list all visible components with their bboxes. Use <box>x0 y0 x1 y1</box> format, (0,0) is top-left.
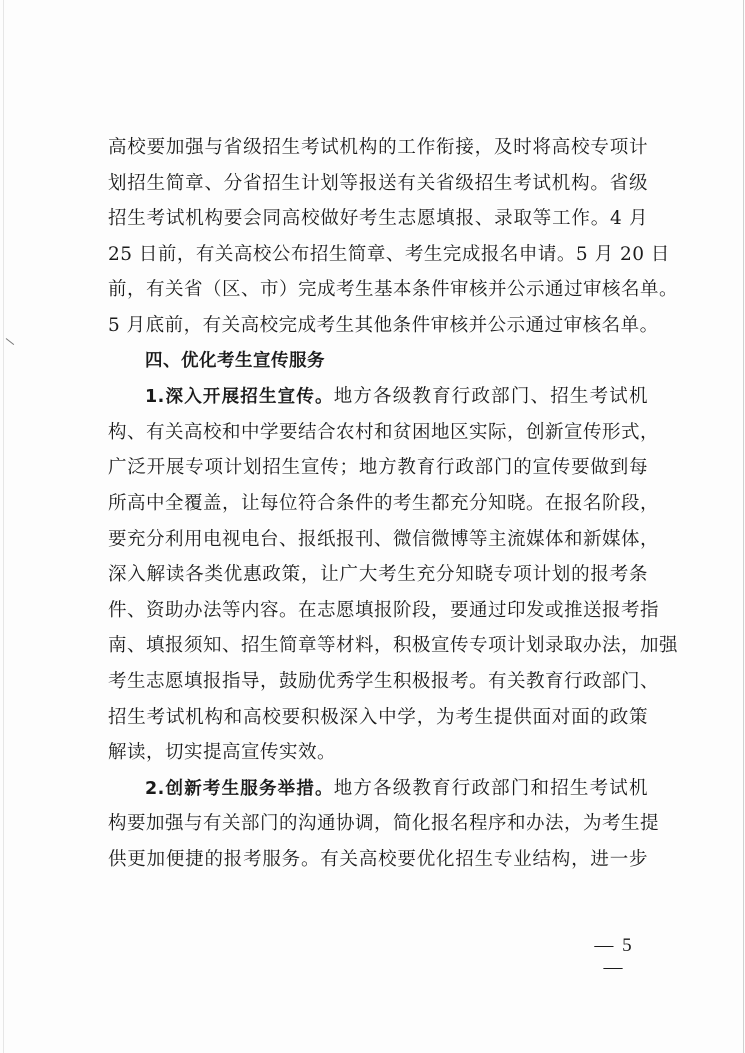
text-line: 解读，切实提高宣传实效。 <box>108 735 648 771</box>
document-body: 高校要加强与省级招生考试机构的工作衔接，及时将高校专项计 划招生简章、分省招生计… <box>108 130 648 877</box>
item1-lead: 1.深入开展招生宣传。 <box>145 387 334 407</box>
text-line: 考生志愿填报指导，鼓励优秀学生积极报考。有关教育行政部门、 <box>108 664 648 700</box>
text-line: 件、资助办法等内容。在志愿填报阶段，要通过印发或推送报考指 <box>108 593 648 629</box>
text-line: 25 日前，有关高校公布招生简章、考生完成报名申请。5 月 20 日 <box>108 237 648 273</box>
text-line: 广泛开展专项计划招生宣传；地方教育行政部门的宣传要做到每 <box>108 450 648 486</box>
item2-first-line: 2.创新考生服务举措。地方各级教育行政部门和招生考试机 <box>108 771 648 807</box>
text-line: 高校要加强与省级招生考试机构的工作衔接，及时将高校专项计 <box>108 130 648 166</box>
section-heading: 四、优化考生宣传服务 <box>108 344 648 380</box>
text-line: 构、有关高校和中学要结合农村和贫困地区实际，创新宣传形式， <box>108 415 648 451</box>
text-line: 南、填报须知、招生简章等材料，积极宣传专项计划录取办法，加强 <box>108 628 648 664</box>
text-line: 划招生简章、分省招生计划等报送有关省级招生考试机构。省级 <box>108 166 648 202</box>
page-edge-right <box>743 0 744 1053</box>
page-edge-left <box>3 0 4 1053</box>
text-line: 5 月底前，有关高校完成考生其他条件审核并公示通过审核名单。 <box>108 308 648 344</box>
text-line: 招生考试机构和高校要积极深入中学，为考生提供面对面的政策 <box>108 700 648 736</box>
text-line: 所高中全覆盖，让每位符合条件的考生都充分知晓。在报名阶段， <box>108 486 648 522</box>
text-line: 供更加便捷的报考服务。有关高校要优化招生专业结构，进一步 <box>108 842 648 878</box>
scan-mark <box>6 338 14 345</box>
page-number: — 5 — <box>584 935 644 979</box>
item1-first-line-text: 地方各级教育行政部门、招生考试机 <box>334 386 648 407</box>
text-line: 深入解读各类优惠政策，让广大考生充分知晓专项计划的报考条 <box>108 557 648 593</box>
text-line: 前，有关省（区、市）完成考生基本条件审核并公示通过审核名单。 <box>108 272 648 308</box>
item2-lead: 2.创新考生服务举措。 <box>145 779 334 799</box>
text-line: 构要加强与有关部门的沟通协调，简化报名程序和办法，为考生提 <box>108 806 648 842</box>
item1-first-line: 1.深入开展招生宣传。地方各级教育行政部门、招生考试机 <box>108 379 648 415</box>
text-line: 招生考试机构要会同高校做好考生志愿填报、录取等工作。4 月 <box>108 201 648 237</box>
item2-first-line-text: 地方各级教育行政部门和招生考试机 <box>334 778 648 799</box>
text-line: 要充分利用电视电台、报纸报刊、微信微博等主流媒体和新媒体， <box>108 522 648 558</box>
